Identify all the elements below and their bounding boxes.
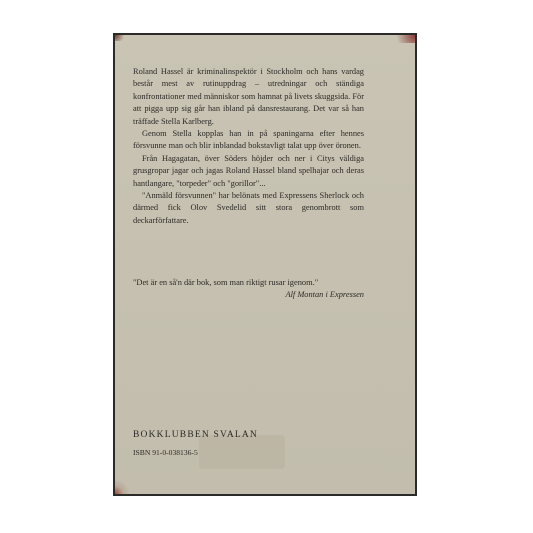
book-back-cover: Roland Hassel är kriminalinspektör i Sto…: [113, 33, 417, 496]
blurb-paragraph: "Anmäld försvunnen" har belönats med Exp…: [133, 190, 364, 227]
cover-stain: [199, 435, 285, 469]
blurb-text: Roland Hassel är kriminalinspektör i Sto…: [133, 66, 364, 227]
blurb-paragraph: Från Hagagatan, över Söders höjder och n…: [133, 153, 364, 190]
blurb-paragraph: Roland Hassel är kriminalinspektör i Sto…: [133, 66, 364, 128]
blurb-paragraph: Genom Stella kopplas han in på spaningar…: [133, 128, 364, 153]
corner-wear: [115, 35, 125, 41]
quote-attribution: Alf Montan i Expressen: [133, 290, 364, 299]
review-quote: "Det är en så'n där bok, som man riktigt…: [133, 277, 364, 289]
corner-wear: [393, 35, 415, 43]
corner-wear: [115, 480, 129, 494]
isbn-number: ISBN 91-0-038136-5: [133, 448, 198, 457]
publisher-name: BOKKLUBBEN SVALAN: [133, 430, 258, 440]
